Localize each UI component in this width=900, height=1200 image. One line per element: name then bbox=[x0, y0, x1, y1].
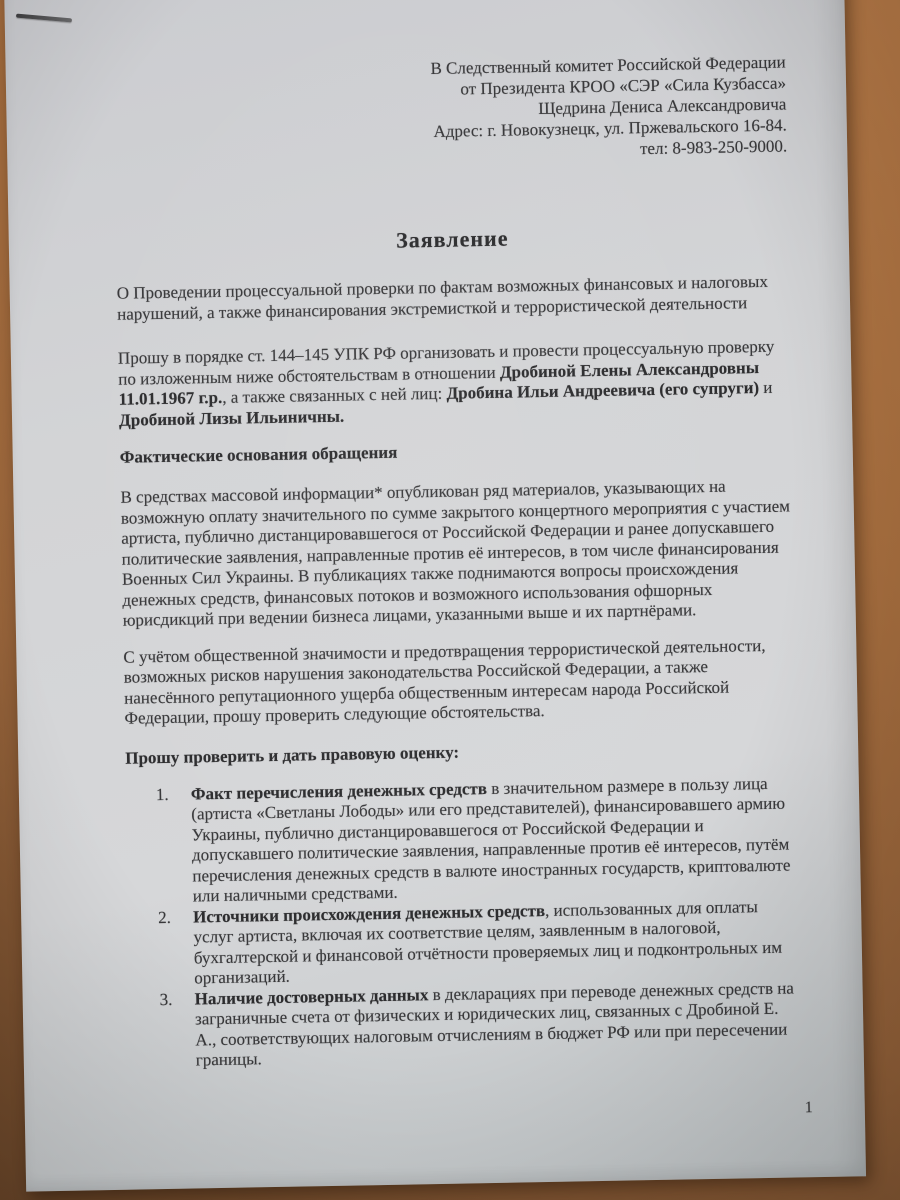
recipient-block: В Следственный комитет Российской Федера… bbox=[113, 51, 788, 168]
document-page: В Следственный комитет Российской Федера… bbox=[4, 0, 866, 1192]
list-item: 3. Наличие достоверных данных в декларац… bbox=[130, 978, 804, 1072]
list-item-number: 3. bbox=[160, 989, 173, 1010]
list-item-lead: Наличие достоверных данных bbox=[195, 985, 429, 1008]
request-paragraph: Прошу в порядке ст. 144–145 УПК РФ орган… bbox=[118, 336, 792, 430]
subject-paragraph: О Проведении процессуальной проверки по … bbox=[117, 271, 791, 324]
review-list: 1. Факт перечисления денежных средств в … bbox=[126, 773, 804, 1072]
list-item-number: 1. bbox=[156, 784, 169, 805]
section-heading-review: Прошу проверить и дать правовую оценку: bbox=[125, 735, 798, 768]
desk-background: В Следственный комитет Российской Федера… bbox=[0, 0, 900, 1200]
list-item: 1. Факт перечисления денежных средств в … bbox=[126, 773, 801, 908]
factual-paragraph-2: С учётом общественной значимости и предо… bbox=[123, 635, 797, 729]
page-number: 1 bbox=[805, 1099, 813, 1117]
document-content: В Следственный комитет Российской Федера… bbox=[111, 0, 804, 1072]
document-title: Заявление bbox=[116, 220, 789, 258]
list-item-number: 2. bbox=[158, 907, 171, 928]
list-item: 2. Источники происхождения денежных сред… bbox=[128, 896, 802, 990]
factual-paragraph-1: В средствах массовой информации* опублик… bbox=[120, 475, 796, 631]
section-heading-factual: Фактические основания обращения bbox=[120, 434, 793, 467]
